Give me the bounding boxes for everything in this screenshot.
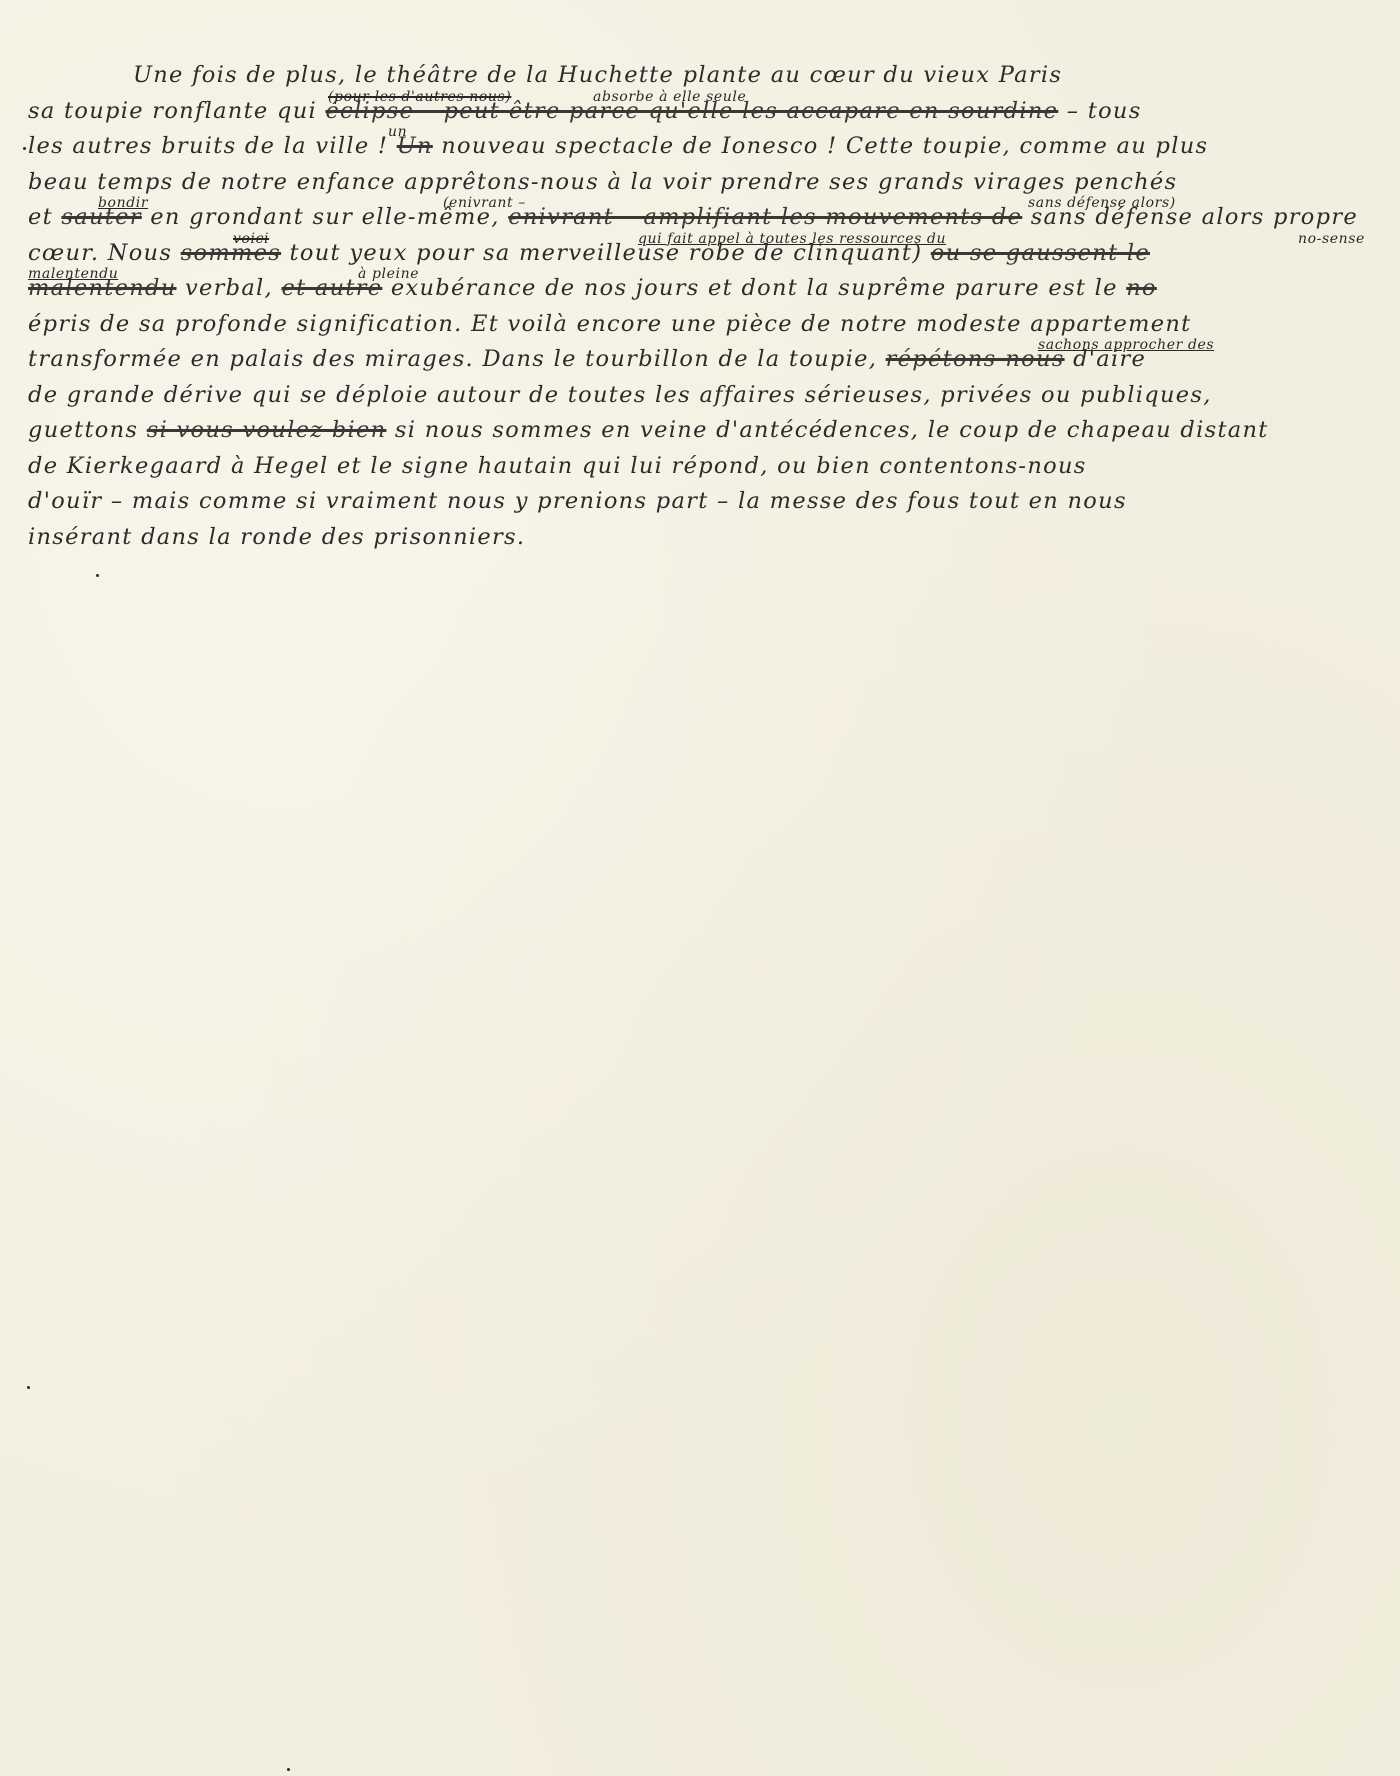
interlinear-insertion: absorbe à elle seule	[593, 80, 746, 115]
line-text: verbal,	[177, 275, 282, 301]
line-text: exubérance de nos jours et dont la suprê…	[382, 275, 1126, 301]
manuscript-line: cœur. Nous sommes tout yeux pour sa merv…	[28, 236, 1368, 272]
line-text: transformée en palais des mirages. Dans …	[28, 346, 886, 372]
interlinear-insertion: malentendu	[28, 257, 118, 292]
line-text: de Kierkegaard à Hegel et le signe hauta…	[28, 453, 1087, 479]
interlinear-insertion: no-sense	[1298, 222, 1365, 257]
line-text: d'ouïr – mais comme si vraiment nous y p…	[28, 488, 1127, 514]
manuscript-text: Une fois de plus, le théâtre de la Huche…	[28, 58, 1368, 555]
line-text: de grande dérive qui se déploie autour d…	[28, 382, 1212, 408]
line-text: insérant dans la ronde des prisonniers.	[28, 524, 525, 550]
manuscript-line: guettons si vous voulez bien si nous som…	[28, 413, 1368, 449]
interlinear-insertion: (enivrant –	[443, 186, 526, 221]
margin-dot	[96, 574, 99, 577]
line-text: si nous sommes en veine d'antécédences, …	[386, 417, 1268, 443]
interlinear-insertion: (pour les d'autres nous)	[328, 80, 511, 115]
interlinear-insertion: sachons approcher des	[1038, 328, 1214, 363]
interlinear-insertion: sans défense alors)	[1028, 186, 1176, 221]
manuscript-line: sa toupie ronflante qui éclipse – peut-ê…	[28, 94, 1368, 130]
struck-text: si vous voulez bien	[147, 417, 387, 443]
manuscript-line: les autres bruits de la ville ! Un nouve…	[28, 129, 1368, 165]
line-text: – tous	[1058, 98, 1141, 124]
struck-text: ou se gaussent le	[931, 240, 1150, 266]
line-text: guettons	[28, 417, 147, 443]
line-text: nouveau spectacle de Ionesco ! Cette tou…	[433, 133, 1209, 159]
manuscript-line: insérant dans la ronde des prisonniers.	[28, 520, 1368, 556]
margin-dot	[27, 1386, 30, 1389]
interlinear-insertion: bondir	[98, 186, 148, 221]
line-text: les autres bruits de la ville !	[28, 133, 397, 159]
manuscript-line: d'ouïr – mais comme si vraiment nous y p…	[28, 484, 1368, 520]
struck-text: no	[1126, 275, 1157, 301]
interlinear-insertion: un	[388, 115, 407, 150]
line-text: épris de sa profonde signification. Et v…	[28, 311, 1191, 337]
line-text: et	[28, 204, 61, 230]
manuscript-line: de grande dérive qui se déploie autour d…	[28, 378, 1368, 414]
manuscript-line: malentendu verbal, et autre exubérance d…	[28, 271, 1368, 307]
margin-dot	[23, 147, 26, 150]
line-text: beau temps de notre enfance apprêtons-no…	[28, 169, 1177, 195]
manuscript-line: de Kierkegaard à Hegel et le signe hauta…	[28, 449, 1368, 485]
line-text: sa toupie ronflante qui	[28, 98, 325, 124]
interlinear-insertion: qui fait appel à toutes les ressources d…	[638, 222, 946, 257]
interlinear-insertion: à pleine	[358, 257, 419, 292]
interlinear-insertion: voici	[233, 222, 269, 257]
margin-dot	[287, 1768, 290, 1771]
manuscript-line: transformée en palais des mirages. Dans …	[28, 342, 1368, 378]
